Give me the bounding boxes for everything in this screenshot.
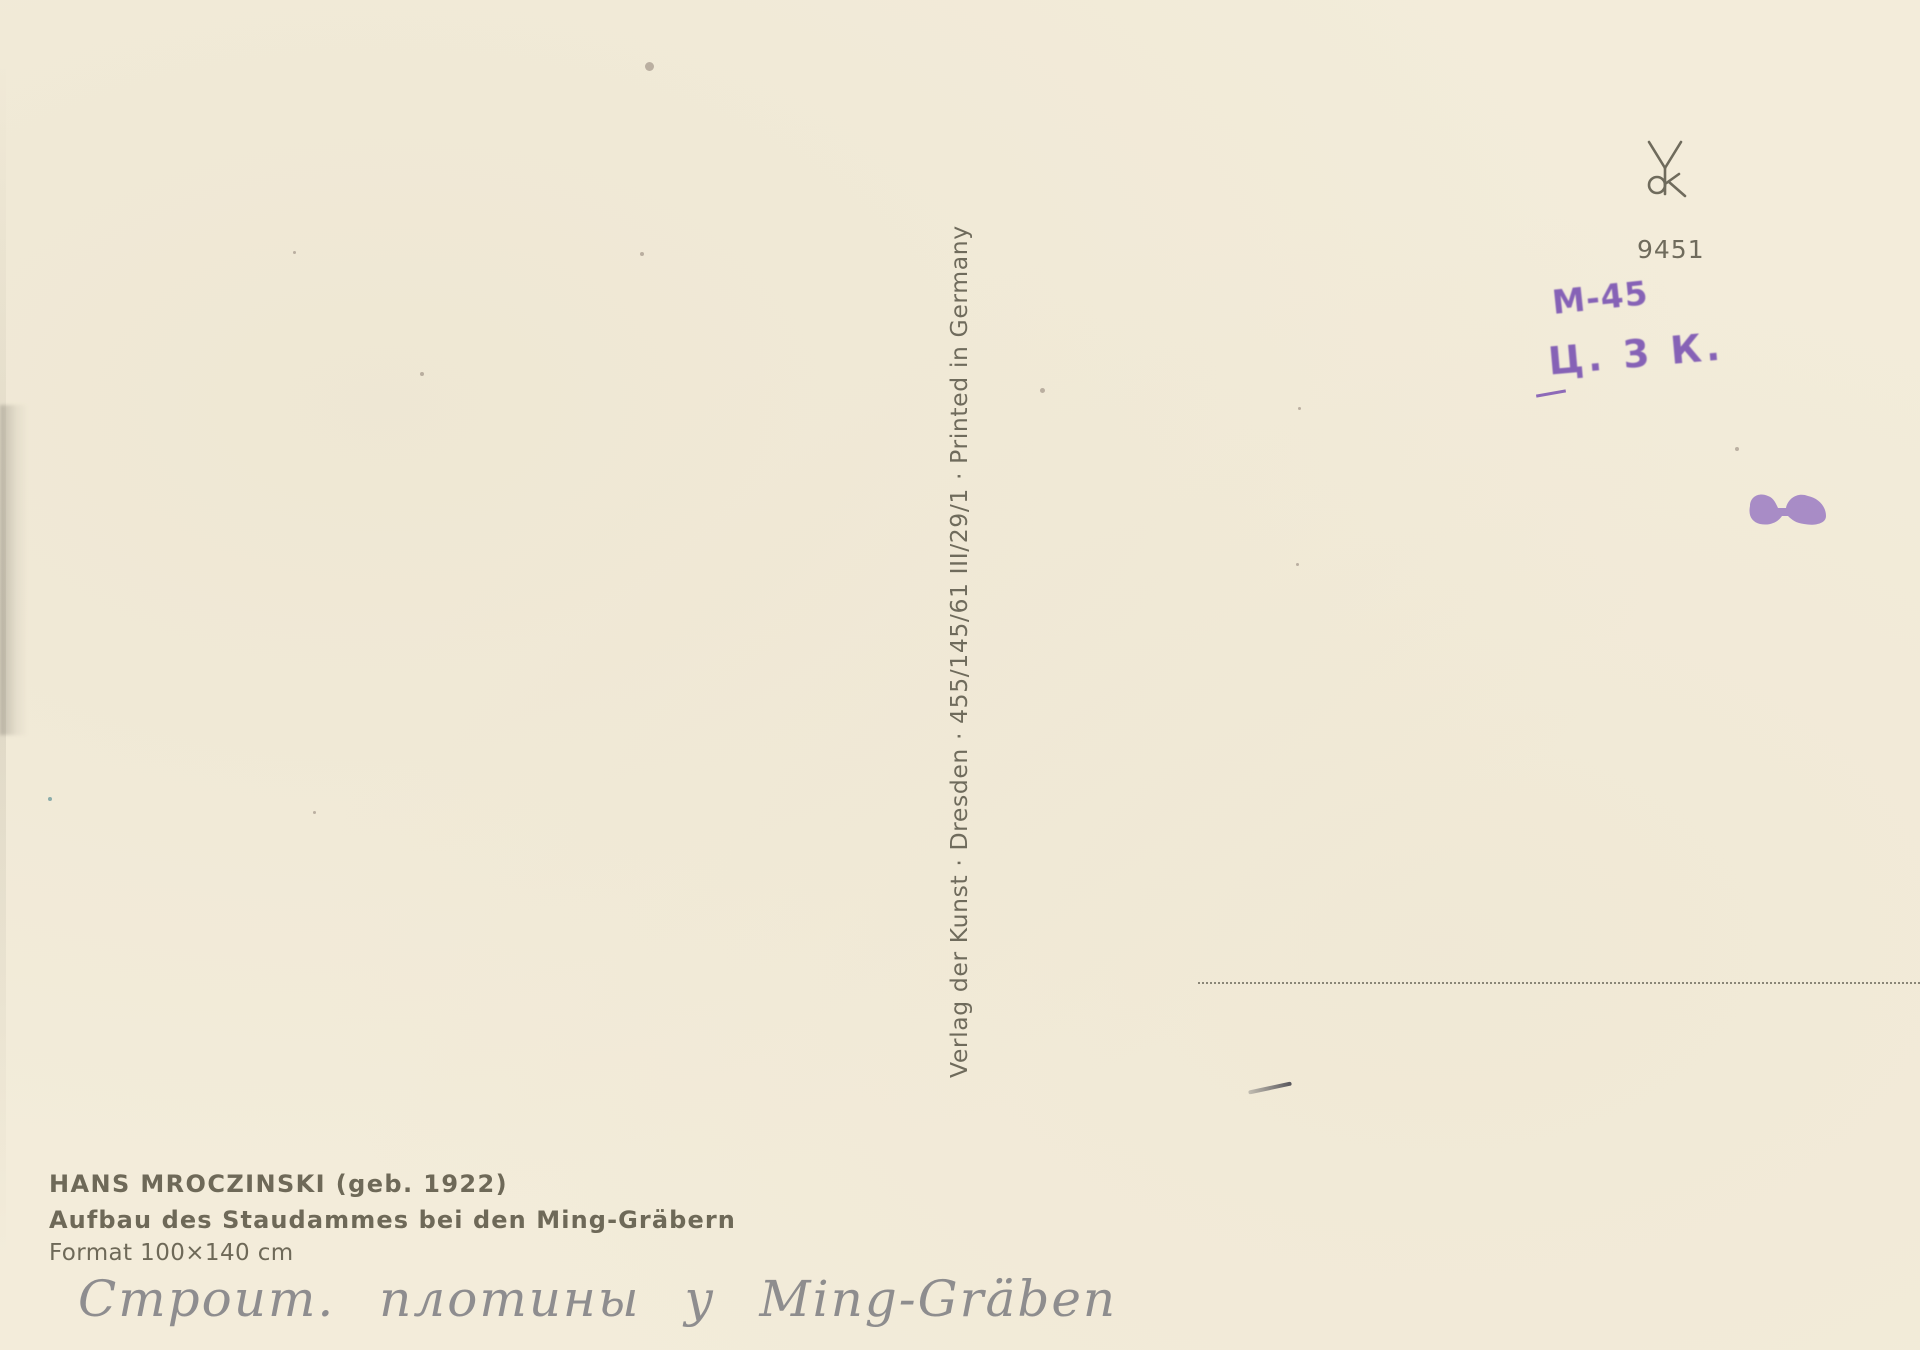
address-dotted-line: [1198, 982, 1920, 984]
paper-speck: [645, 62, 654, 71]
paper-speck: [1298, 407, 1301, 410]
artwork-caption: HANS MROCZINSKI (geb. 1922) Aufbau des S…: [49, 1166, 736, 1268]
left-edge-shadow: [0, 60, 6, 1260]
vdk-monogram-icon: [1647, 140, 1693, 198]
paper-speck: [48, 797, 52, 801]
paper-speck: [313, 811, 316, 814]
paper-speck: [420, 372, 424, 376]
ink-blob-mark: [1746, 490, 1828, 528]
paper-speck: [1296, 563, 1299, 566]
paper-speck: [640, 252, 644, 256]
handwritten-note: Строит. плотины у Ming-Gräben: [78, 1270, 1117, 1328]
artwork-title: Aufbau des Staudammes bei den Ming-Gräbe…: [49, 1202, 736, 1238]
artwork-format: Format 100×140 cm: [49, 1238, 736, 1268]
publisher-imprint: Verlag der Kunst · Dresden · 455/145/61 …: [947, 225, 971, 1078]
paper-speck: [1735, 447, 1739, 451]
artist-name: HANS MROCZINSKI (geb. 1922): [49, 1166, 736, 1202]
catalog-number: 9451: [1637, 235, 1705, 264]
paper-speck: [293, 251, 296, 254]
paper-speck: [1040, 388, 1045, 393]
